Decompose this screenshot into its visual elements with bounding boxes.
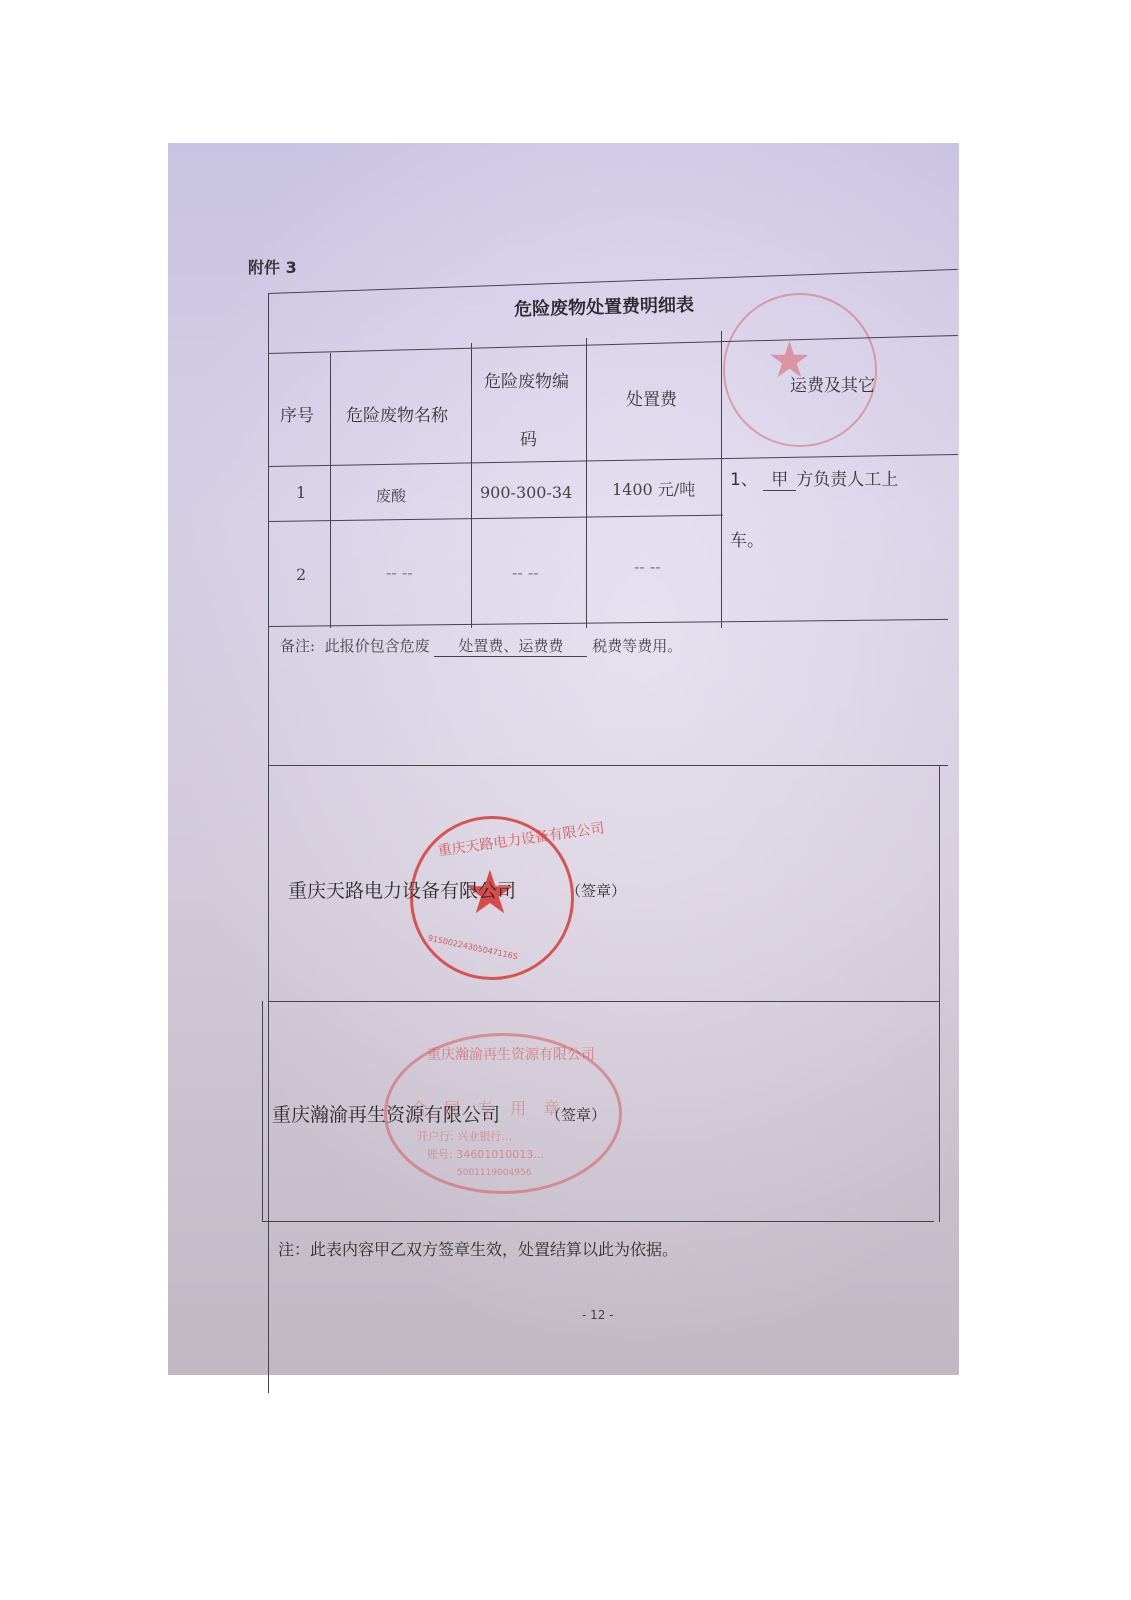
col-divider — [330, 353, 331, 628]
footer-note: 注：此表内容甲乙双方签章生效，处置结算以此为依据。 — [278, 1237, 678, 1260]
party-a-stamp-code: 91500224305047116S — [427, 934, 518, 962]
col-divider — [471, 343, 472, 628]
header-other: 运费及其它 — [790, 371, 875, 396]
other-cell-line1: 1、 甲方负责人工上 — [730, 465, 898, 491]
party-b-stamp-text: 重庆瀚渝再生资源有限公司 — [427, 1044, 595, 1064]
remark-label: 备注: — [280, 637, 315, 655]
header-name: 危险废物名称 — [346, 401, 448, 426]
header-code-1: 危险废物编 — [484, 367, 569, 392]
other-rest: 方负责人工上 — [796, 470, 898, 490]
col-divider — [721, 331, 722, 628]
table-bottom-border — [262, 1221, 934, 1222]
row2-seq: 2 — [296, 565, 306, 584]
header-fee: 处置费 — [626, 385, 677, 410]
other-party: 甲 — [763, 465, 796, 491]
party-b-stamp-line4: 账号: 34601010013… — [427, 1146, 544, 1162]
row1-fee: 1400 元/吨 — [612, 477, 695, 500]
remark-before: 此报价包含危废 — [325, 637, 430, 655]
row2-code: -- -- — [512, 563, 539, 582]
party-a-company: 重庆天路电力设备有限公司 — [288, 876, 516, 903]
header-code-2: 码 — [520, 425, 537, 450]
party-b-stamp-line3: 开户行: 兴业银行… — [417, 1128, 512, 1144]
faint-stamp: ★ — [723, 293, 877, 447]
row1-seq: 1 — [296, 483, 306, 502]
party-a-sign-label: （签章） — [566, 880, 626, 901]
remark-after: 税费等费用。 — [592, 637, 682, 655]
row2-name: -- -- — [386, 563, 413, 582]
party-b-company: 重庆瀚渝再生资源有限公司 — [272, 1100, 500, 1127]
party-b-stamp-code: 5001119004956 — [457, 1168, 531, 1178]
header-seq: 序号 — [280, 401, 314, 426]
page-number: - 12 - — [582, 1308, 614, 1322]
table-left-border-lower — [262, 1001, 263, 1222]
document-photo: 附件 3 ★ 危险废物处置费明细表 序号 危险废物名称 危险废物编 码 处置费 … — [168, 143, 959, 1375]
row1-code: 900-300-34 — [480, 483, 572, 502]
remark-filled: 处置费、运费费 — [434, 635, 587, 657]
table-right-border — [939, 765, 940, 1222]
section-divider — [268, 765, 948, 766]
party-b-sign-label: （签章） — [546, 1104, 606, 1125]
attachment-label: 附件 3 — [248, 255, 297, 278]
table-left-border — [268, 293, 269, 1393]
row2-fee: -- -- — [634, 557, 661, 576]
table-title: 危险废物处置费明细表 — [514, 291, 695, 322]
section-divider — [268, 1001, 940, 1002]
remark: 备注: 此报价包含危废 处置费、运费费 税费等费用。 — [280, 635, 682, 657]
other-prefix: 1、 — [730, 470, 758, 490]
row1-name: 废酸 — [376, 485, 406, 506]
other-cell-line2: 车。 — [730, 526, 764, 551]
col-divider — [586, 338, 587, 628]
